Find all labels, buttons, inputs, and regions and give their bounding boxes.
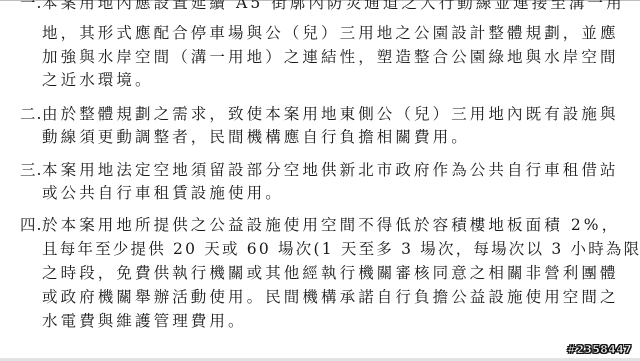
clause-2-marker: 二. [20,105,42,123]
image-id-watermark: #2358447 [567,343,632,356]
clause-4-line-4: 或政府機關舉辦活動使用。民間機構承諾自行負擔公益設施使用空間之 [42,288,619,306]
clause-1-line-4: 之近水環境。 [42,71,154,89]
clause-2-line-2: 動線須更動調整者，民間機構應自行負擔相關費用。 [42,128,470,146]
clause-2-line-1: 由於整體規劃之需求，致使本案用地東側公（兒）三用地內既有設施與 [42,105,619,123]
clause-1-line-2: 地，其形式應配合停車場與公（兒）三用地之公園設計整體規劃，並應 [42,24,619,42]
clause-1-line-1: 本案用地內應設置延續 A5 街廓內防災通道之人行動線並連接至溝一用 [42,0,625,12]
clause-4-line-1: 於本案用地所提供之公益設施使用空間不得低於容積樓地板面積 2%， [42,216,620,234]
clause-4-marker: 四. [20,216,42,234]
clause-1-marker: 一. [20,0,42,12]
clause-4-line-3: 之時段，免費供執行機關或其他經執行機關審核同意之相關非營利團體 [42,264,619,282]
clause-1-line-3: 加強與水岸空間（溝一用地）之連結性，塑造整合公園綠地與水岸空間 [42,48,619,66]
clause-3-line-1: 本案用地法定空地須留設部分空地供新北市政府作為公共自行車租借站 [42,161,619,179]
clause-3-line-2: 或公共自行車租賃設施使用。 [42,184,284,202]
clause-4-line-2: 且每年至少提供 20 天或 60 場次(1 天至多 3 場次，每場次以 3 小時… [42,240,640,258]
clause-4-line-5: 水電費與維護管理費用。 [42,312,247,330]
clause-3-marker: 三. [20,161,42,179]
